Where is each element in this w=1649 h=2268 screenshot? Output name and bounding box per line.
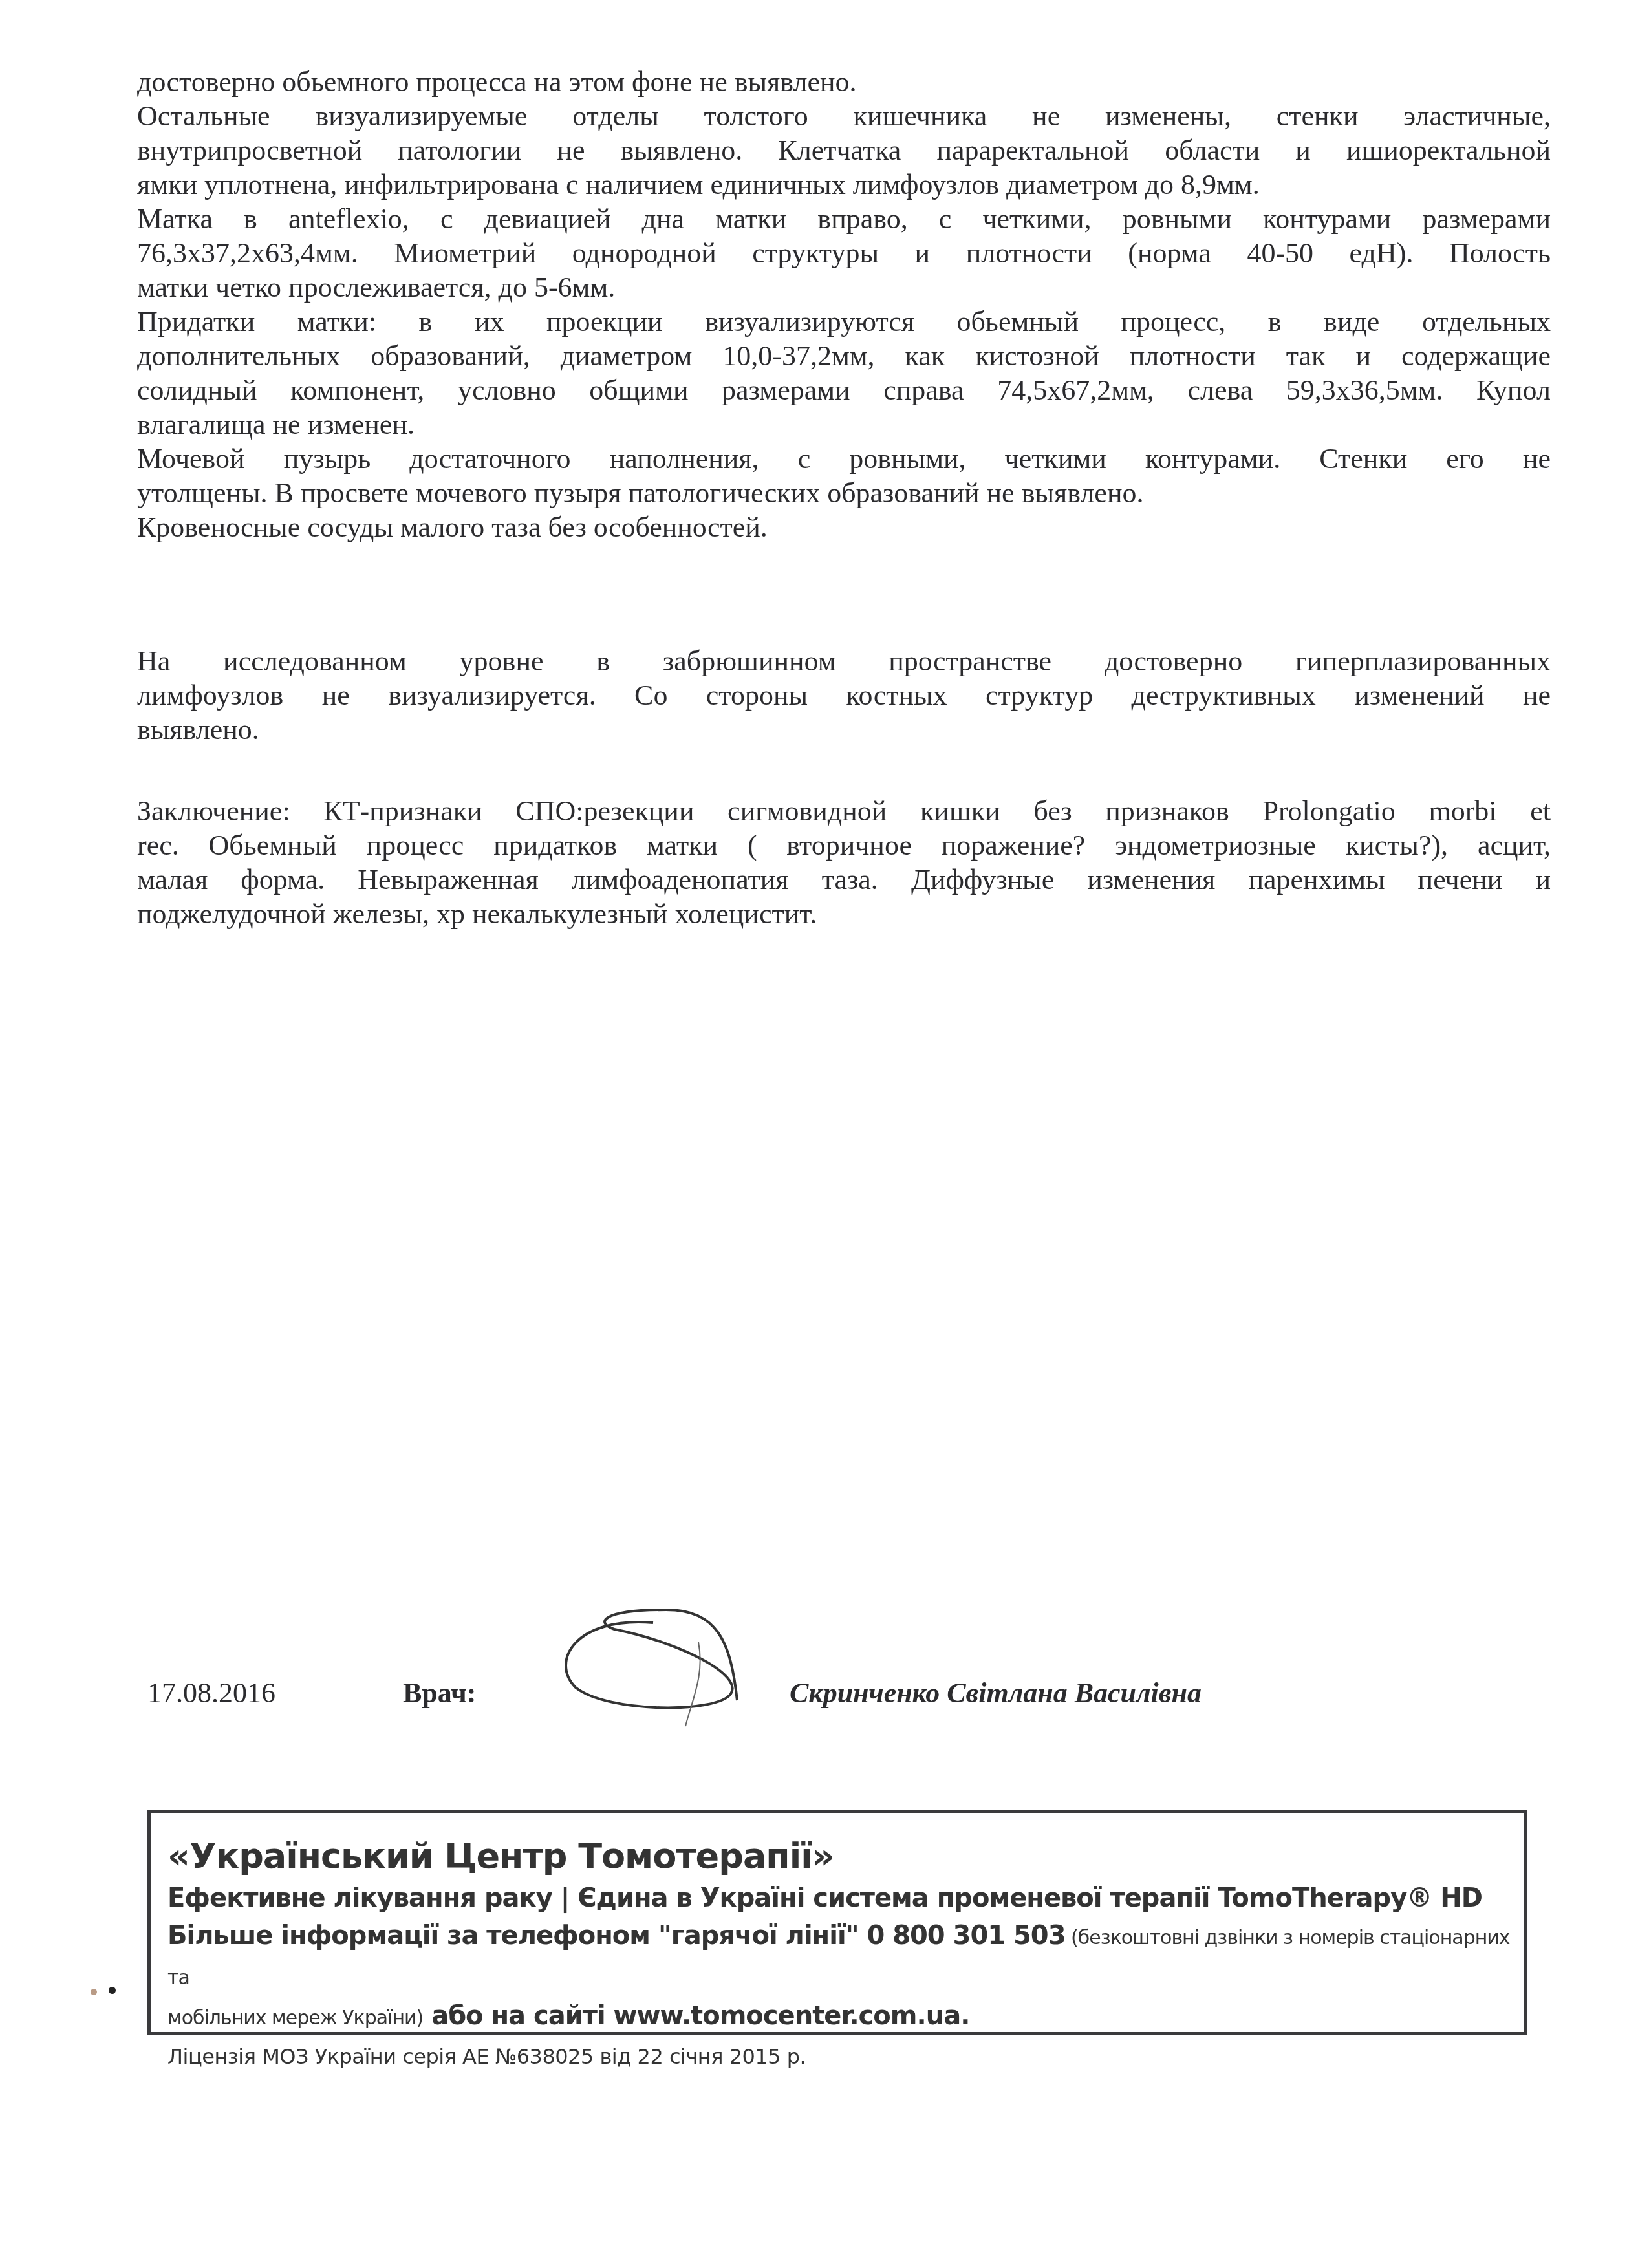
text-line: Придатки матки: в их проекции визуализир… xyxy=(137,305,1551,339)
text-line: выявлено. xyxy=(137,712,1551,747)
text-line: влагалища не изменен. xyxy=(137,407,1551,442)
text-line: утолщены. В просвете мочевого пузыря пат… xyxy=(137,476,1551,510)
text-line: Заключение: КТ-признаки СПО:резекции сиг… xyxy=(137,794,1551,828)
text-line: Остальные визуализируемые отделы толстог… xyxy=(137,99,1551,133)
text-line: солидный компонент, условно общими разме… xyxy=(137,373,1551,407)
text-line: малая форма. Невыраженная лимфоаденопати… xyxy=(137,862,1551,897)
report-conclusion: Заключение: КТ-признаки СПО:резекции сиг… xyxy=(137,794,1551,931)
text-line: rec. Обьемный процесс придатков матки ( … xyxy=(137,828,1551,862)
scan-speck xyxy=(91,1989,97,1995)
hotline-text: Більше інформації за телефоном "гарячої … xyxy=(167,1921,1066,1951)
text-line: 76,3х37,2х63,4мм. Миометрий однородной с… xyxy=(137,236,1551,270)
website-link[interactable]: або на сайті www.tomocenter.com.ua. xyxy=(423,2001,969,2031)
doctor-name: Скринченко Світлана Василівна xyxy=(790,1676,1202,1710)
text-line: достоверно обьемного процесса на этом фо… xyxy=(137,65,1551,99)
text-line: лимфоузлов не визуализируется. Со сторон… xyxy=(137,678,1551,712)
report-retroperitoneum: На исследованном уровне в забрюшинном пр… xyxy=(137,644,1551,747)
text-line: поджелудочной железы, хр некалькулезный … xyxy=(137,897,1551,931)
report-findings: достоверно обьемного процесса на этом фо… xyxy=(137,65,1551,544)
text-line: На исследованном уровне в забрюшинном пр… xyxy=(137,644,1551,678)
clinic-tagline: Ефективне лікування раку | Єдина в Украї… xyxy=(167,1879,1524,1917)
signature-row: 17.08.2016 Врач: Скринченко Світлана Вас… xyxy=(147,1676,1441,1715)
text-line: Кровеносные сосуды малого таза без особе… xyxy=(137,510,1551,544)
text-line: ямки уплотнена, инфильтрирована с наличи… xyxy=(137,167,1551,202)
doctor-label: Врач: xyxy=(403,1676,477,1710)
clinic-name: «Український Центр Томотерапії» xyxy=(167,1833,1524,1879)
text-line: внутрипросветной патологии не выявлено. … xyxy=(137,133,1551,167)
report-date: 17.08.2016 xyxy=(147,1676,275,1710)
text-line: Матка в anteflexio, с девиацией дна матк… xyxy=(137,202,1551,236)
text-line: дополнительных образований, диаметром 10… xyxy=(137,339,1551,373)
clinic-contact: Більше інформації за телефоном "гарячої … xyxy=(167,1917,1524,2037)
hotline-note-cont: мобільних мереж України) xyxy=(167,2007,423,2029)
license-info: Ліцензія МОЗ України серія АЕ №638025 ві… xyxy=(167,2037,1524,2076)
scan-speck xyxy=(109,1987,116,1994)
text-line: матки четко прослеживается, до 5-6мм. xyxy=(137,270,1551,305)
text-line: Мочевой пузырь достаточного наполнения, … xyxy=(137,442,1551,476)
clinic-footer-box: «Український Центр Томотерапії» Ефективн… xyxy=(147,1810,1527,2035)
